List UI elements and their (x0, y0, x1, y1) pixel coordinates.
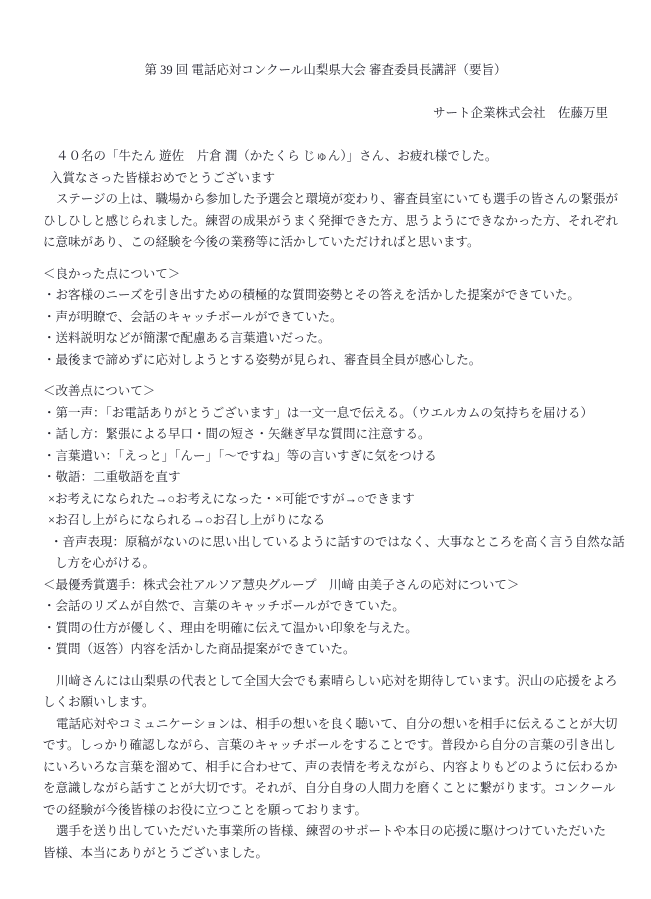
author-line: サート企業株式会社 佐藤万里 (43, 103, 608, 125)
page-title: 第 39 回 電話応対コンクール山梨県大会 審査委員長講評（要旨） (43, 60, 608, 82)
improvements-bullet: ・第一声：「お電話ありがとうございます」は一文一息で伝える。（ウエルカムの気持ち… (43, 403, 608, 425)
improvements-heading: ＜改善点について＞ (43, 381, 608, 403)
section-gap (43, 254, 608, 264)
best-award-bullet: ・質問（返答）内容を活かした商品提案ができていた。 (43, 639, 608, 661)
closing-paragraph-3-line: 皆様、本当にありがとうございました。 (43, 843, 608, 865)
opening-paragraph-line-2: ひしひしと感じられました。練習の成果がうまく発揮できた方、思うようにできなかった… (43, 211, 608, 233)
opening-paragraph-line-1: ステージの上は、職場から参加した予選会と環境が変わり、審査員室にいても選手の皆さ… (43, 189, 608, 211)
section-gap (43, 661, 608, 671)
voice-expression-bullet-line-1: ・音声表現：原稿がないのに思い出しているように話すのではなく、大事なところを高く… (43, 532, 608, 554)
keigo-example: ×お召し上がらになられる→○お召し上がりになる (43, 510, 608, 532)
improvements-bullet: ・言葉遣い：「えっと」「んー」「～ですね」等の言いすぎに気をつける (43, 446, 608, 468)
closing-paragraph-2-line: 電話応対やコミュニケーションは、相手の想いを良く聴いて、自分の想いを相手に伝える… (43, 714, 608, 736)
good-points-bullet: ・声が明瞭で、会話のキャッチボールができていた。 (43, 307, 608, 329)
closing-paragraph-2-line: での経験が今後皆様のお役に立つことを願っております。 (43, 800, 608, 822)
closing-paragraph-2-line: を意識しながら話すことが大切です。それが、自分自身の人間力を磨くことに繋がります… (43, 778, 608, 800)
good-points-bullet: ・お客様のニーズを引き出すための積極的な質問姿勢とその答えを活かした提案ができて… (43, 285, 608, 307)
best-award-bullet: ・質問の仕方が優しく、理由を明確に伝えて温かい印象を与えた。 (43, 618, 608, 640)
improvements-bullet: ・話し方：緊張による早口・間の短さ・矢継ぎ早な質問に注意する。 (43, 424, 608, 446)
closing-paragraph-2-line: にいろいろな言葉を溜めて、相手に合わせて、声の表情を考えながら、内容よりもどのよ… (43, 757, 608, 779)
good-points-heading: ＜良かった点について＞ (43, 264, 608, 286)
improvements-bullet: ・敬語：二重敬語を直す (43, 467, 608, 489)
closing-paragraph-2-line: です。しっかり確認しながら、言葉のキャッチボールをすることです。普段から自分の言… (43, 735, 608, 757)
section-gap (43, 371, 608, 381)
closing-paragraph-1-line: しくお願いします。 (43, 692, 608, 714)
voice-expression-bullet-line-2: し方を心がける。 (43, 553, 608, 575)
greeting-line-1: ４０名の「牛たん 遊佐 片倉 潤（かたくら じゅん）」さん、お疲れ様でした。 (43, 146, 608, 168)
best-award-heading: ＜最優秀賞選手：株式会社アルソア慧央グループ 川﨑 由美子さんの応対について＞ (43, 575, 608, 597)
best-award-bullet: ・会話のリズムが自然で、言葉のキャッチボールができていた。 (43, 596, 608, 618)
good-points-bullet: ・最後まで諦めずに応対しようとする姿勢が見られ、審査員全員が感心した。 (43, 350, 608, 372)
closing-paragraph-3-line: 選手を送り出していただいた事業所の皆様、練習のサポートや本日の応援に駆けつけてい… (43, 821, 608, 843)
keigo-example: ×お考えになられた→○お考えになった・×可能ですが→○できます (43, 489, 608, 511)
closing-paragraph-1-line: 川﨑さんには山梨県の代表として全国大会でも素晴らしい応対を期待しています。沢山の… (43, 671, 608, 693)
good-points-bullet: ・送料説明などが簡潔で配慮ある言葉遣いだった。 (43, 328, 608, 350)
document-page: 第 39 回 電話応対コンクール山梨県大会 審査委員長講評（要旨） サート企業株… (0, 0, 651, 899)
greeting-line-2: 入賞なさった皆様おめでとうございます (43, 168, 608, 190)
opening-paragraph-line-3: に意味があり、この経験を今後の業務等に活かしていただければと思います。 (43, 232, 608, 254)
